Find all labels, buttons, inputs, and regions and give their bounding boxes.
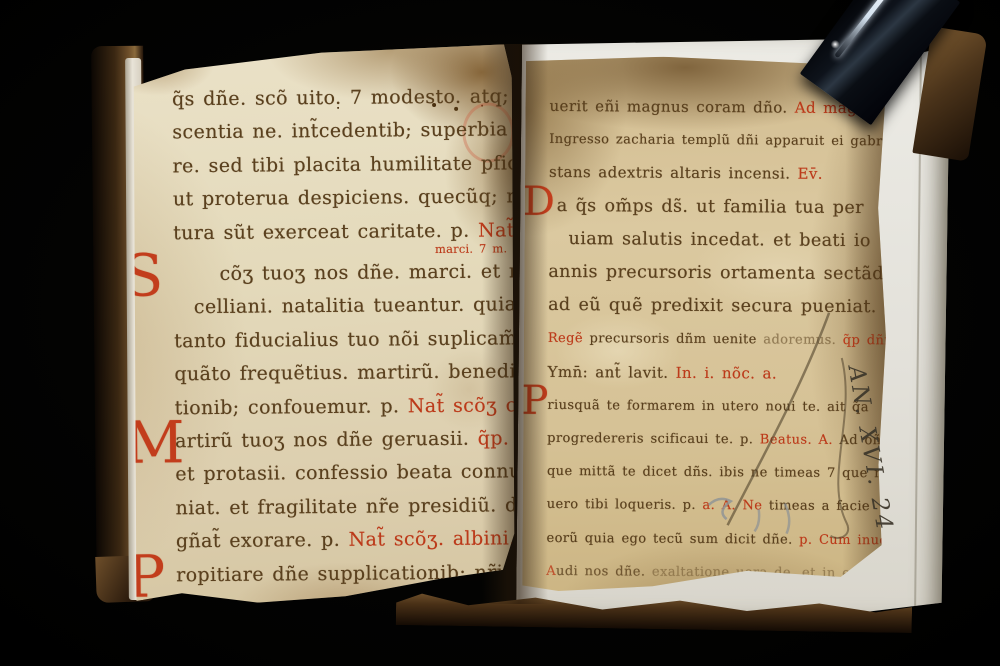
manuscript-text: celliani. natalitia tueantur. quia	[194, 294, 517, 319]
manuscript-text: cõʒ tuoʒ nos dñe. marci. et mar	[219, 260, 548, 285]
manuscript-text: quãto frequẽtius. martirũ. benedic	[174, 360, 527, 385]
manuscript-line: ut proterua despiciens. quecũq; ma	[173, 181, 509, 217]
manuscript-line: et protasii. confessio beata connui	[175, 456, 511, 492]
ink-flourish	[522, 56, 888, 594]
manuscript-text: tanto fiducialius tuo nõi suplicam̃.	[174, 327, 524, 352]
rubric-text: q̃p.	[478, 427, 510, 449]
manuscript-text: niat. et fragilitate nr̃e presidiũ. di	[176, 494, 525, 519]
manuscript-text: q̃s dñe. scõ uito. 7 modesto. atq; cre	[172, 85, 550, 110]
manuscript-line: Martirũ tuoʒ nos dñe geruasii. q̃p.	[175, 422, 511, 458]
manuscript-text: re. sed tibi placita humilitate pficere	[173, 152, 552, 177]
rubric-text: marci. 7 m.	[435, 241, 508, 256]
pencil-mark	[709, 499, 731, 519]
manuscript-page-left: q̃s dñe. scõ uito. 7 modesto. atq; cresc…	[132, 44, 517, 603]
manuscript-text: ropitiare dñe supplicationib; nr̃is.	[176, 561, 520, 586]
manuscript-line: niat. et fragilitate nr̃e presidiũ. di	[175, 489, 511, 525]
manuscript-text: tura sũt exerceat caritate. p.	[173, 219, 478, 244]
manuscript-line: re. sed tibi placita humilitate pficere	[172, 147, 508, 183]
manuscript-line: tanto fiducialius tuo nõi suplicam̃.	[174, 322, 510, 358]
manuscript-line: tionib; confouemur. p. Nat̃ scõʒ ceruasi…	[175, 389, 511, 425]
manuscript-text: gñat̃ exorare. p.	[176, 529, 349, 553]
manuscript-line: Scõʒ tuoʒ nos dñe. marci. et mar	[173, 255, 509, 291]
manuscript-line: quãto frequẽtius. martirũ. benedic	[174, 356, 510, 392]
manuscript-text: artirũ tuoʒ nos dñe geruasii.	[175, 428, 478, 453]
manuscript-text: et protasii. confessio beata connui	[175, 461, 528, 486]
manuscript-line: Propitiare dñe supplicationib; nr̃is.	[176, 556, 512, 592]
left-page-text-column: q̃s dñe. scõ uito. 7 modesto. atq; cresc…	[172, 80, 512, 592]
manuscript-line: gñat̃ exorare. p. Nat̃ scõʒ. albini. pmi…	[176, 523, 512, 559]
photo-stage: q̃s dñe. scõ uito. 7 modesto. atq; cresc…	[0, 0, 1000, 666]
manuscript-line: q̃s dñe. scõ uito. 7 modesto. atq; cre	[172, 80, 508, 116]
pencil-mark	[755, 503, 790, 533]
manuscript-line: scentia ne. int̃cedentib; superbia nõ sa…	[172, 114, 508, 150]
manuscript-text: tionib; confouemur. p.	[175, 395, 408, 419]
manuscript-text: ut proterua despiciens. quecũq; ma	[173, 185, 537, 210]
manuscript-line: celliani. natalitia tueantur. quia	[174, 289, 510, 325]
manuscript-page-right: uerit eñi magnus coram dño. Ad mãg.Ingre…	[522, 56, 888, 594]
